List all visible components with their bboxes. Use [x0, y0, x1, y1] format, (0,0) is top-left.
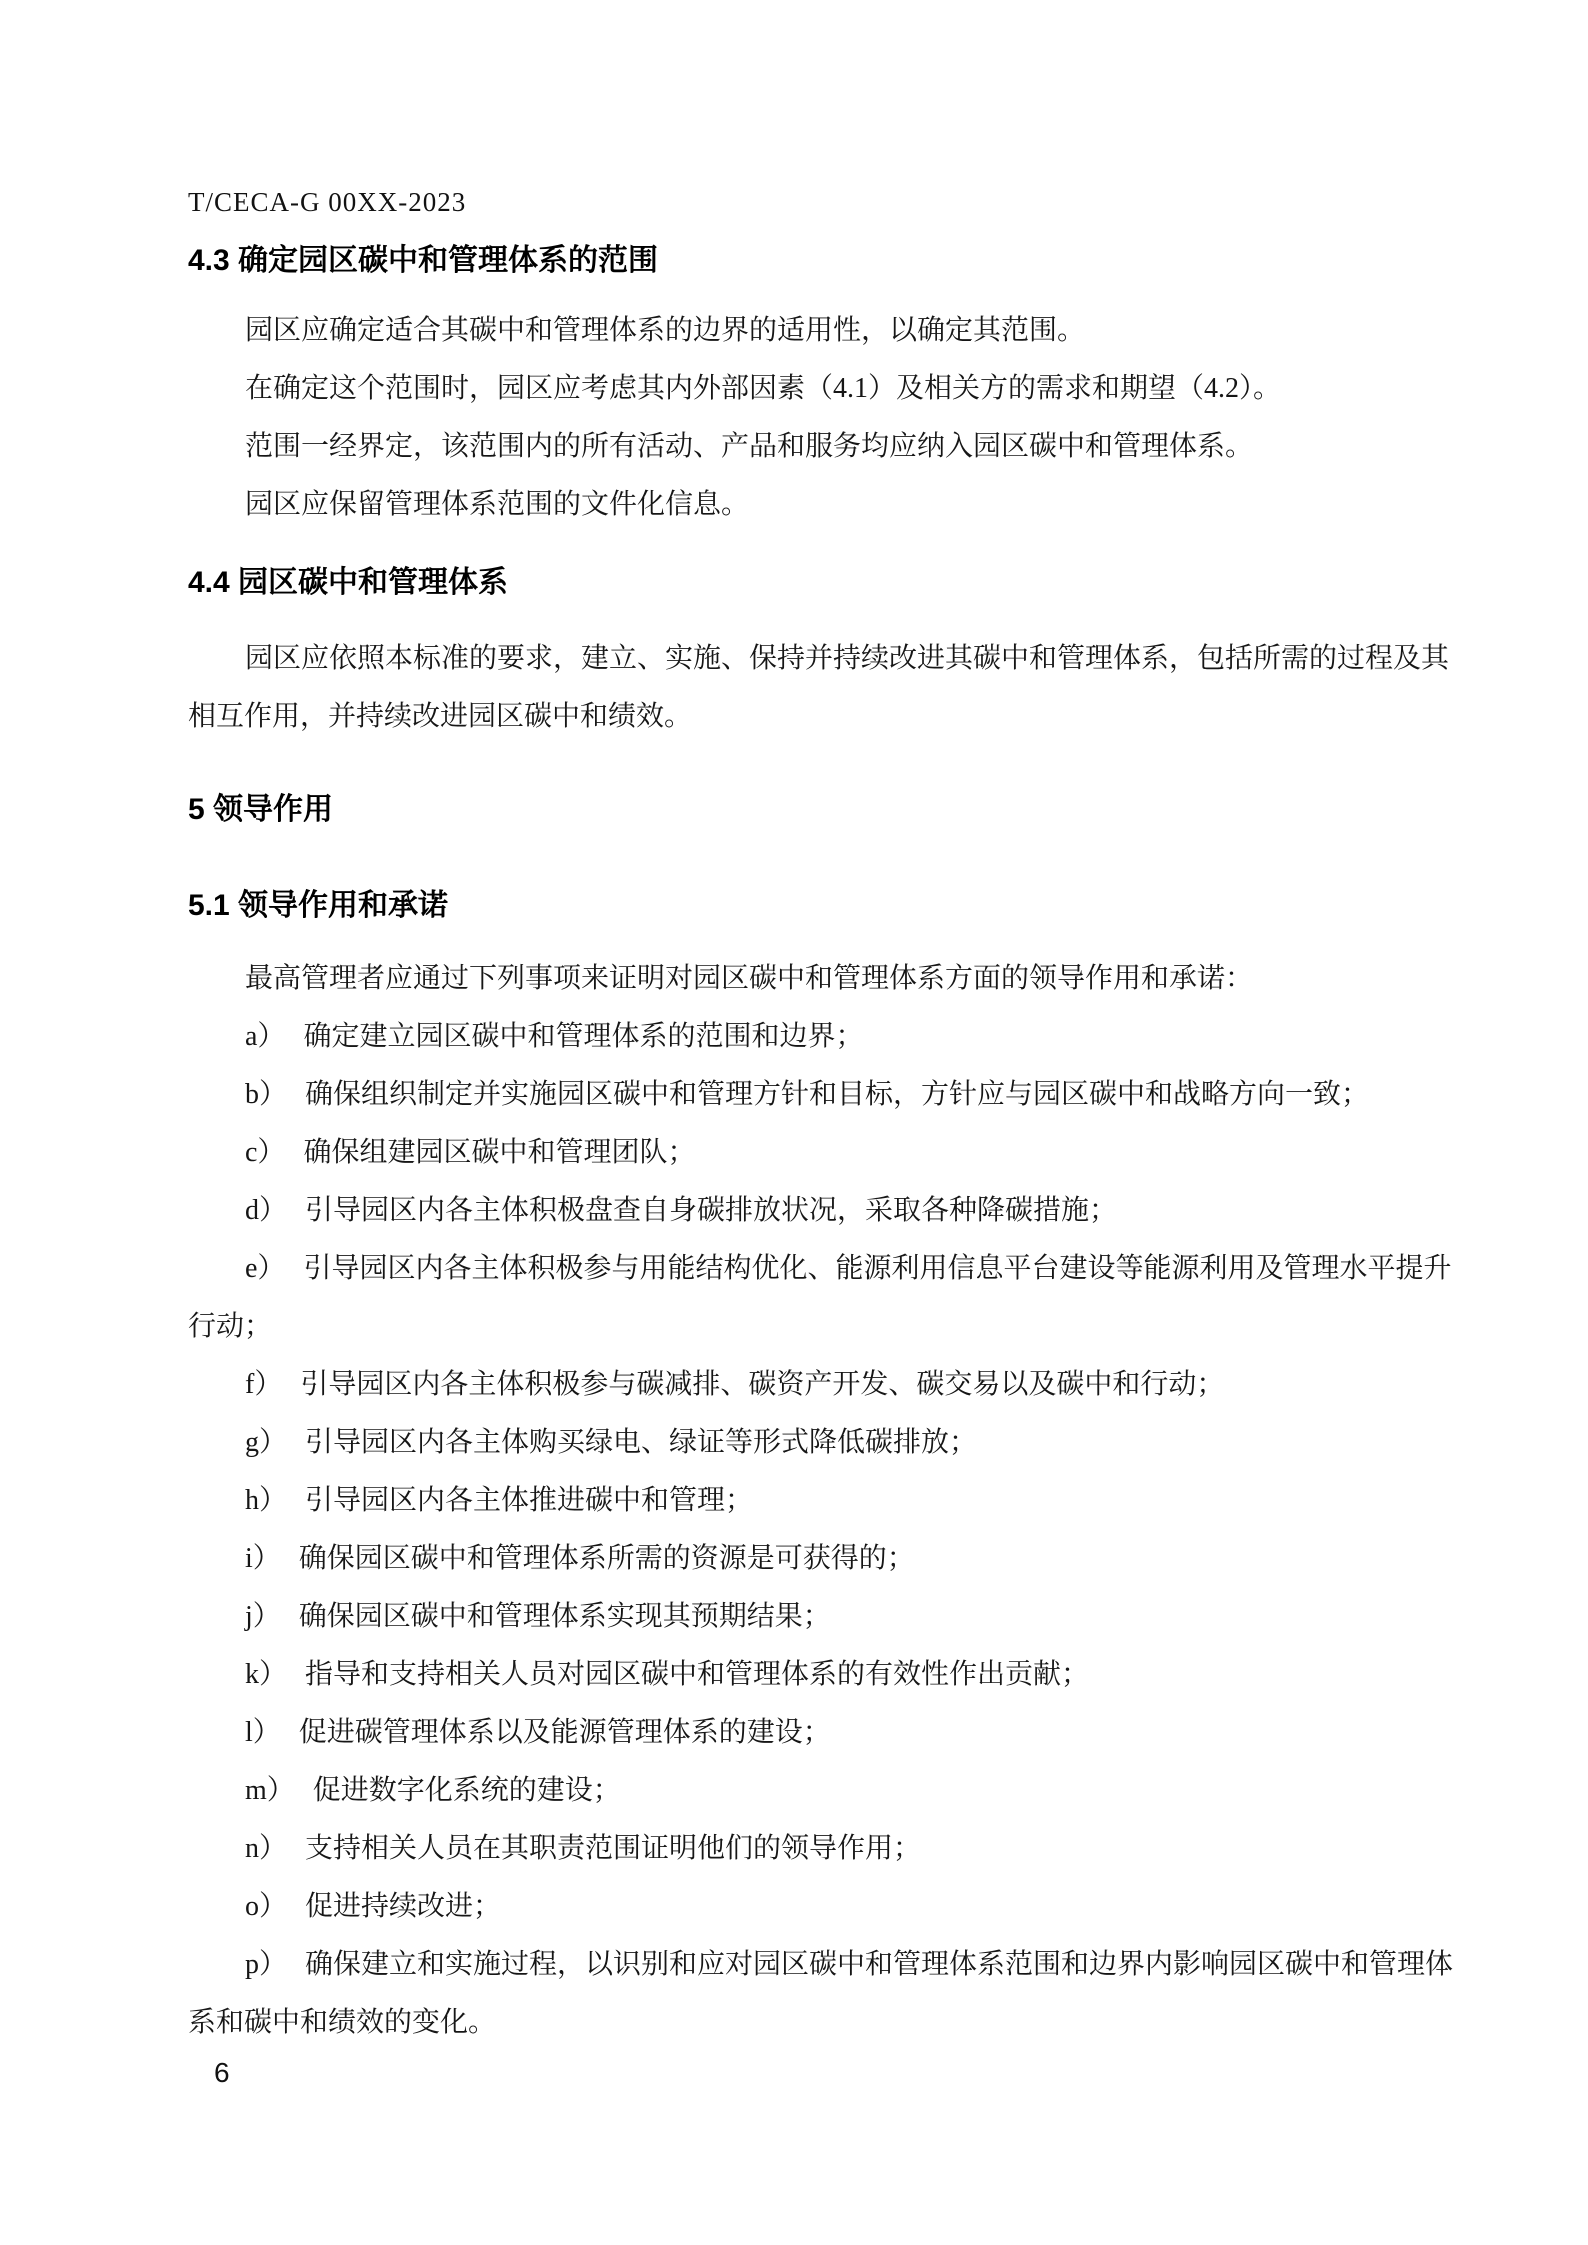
item-label: o） [245, 1891, 287, 1922]
item-label: p） [245, 1949, 287, 1980]
item-text: 确保园区碳中和管理体系实现其预期结果； [299, 1601, 831, 1632]
item-text: 引导园区内各主体积极盘查自身碳排放状况，采取各种降碳措施； [305, 1195, 1117, 1226]
item-text: 引导园区内各主体购买绿电、绿证等形式降低碳排放； [305, 1427, 977, 1458]
item-label: i） [245, 1543, 281, 1574]
section-4-3-heading: 4.3 确定园区碳中和管理体系的范围 [188, 244, 1460, 278]
doc-code: T/CECA-G 00XX-2023 [188, 186, 1460, 218]
item-label: j） [245, 1601, 281, 1632]
list-item: k）指导和支持相关人员对园区碳中和管理体系的有效性作出贡献； [188, 1646, 1460, 1704]
list-item: b）确保组织制定并实施园区碳中和管理方针和目标，方针应与园区碳中和战略方向一致； [188, 1066, 1460, 1124]
section-5-1-body: 最高管理者应通过下列事项来证明对园区碳中和管理体系方面的领导作用和承诺： a）确… [188, 950, 1460, 2052]
paragraph: 园区应依照本标准的要求，建立、实施、保持并持续改进其碳中和管理体系，包括所需的过… [188, 630, 1460, 746]
item-label: d） [245, 1195, 287, 1226]
item-label: m） [245, 1775, 295, 1806]
item-text: 确保园区碳中和管理体系所需的资源是可获得的； [299, 1543, 915, 1574]
paragraph: 园区应确定适合其碳中和管理体系的边界的适用性，以确定其范围。 [188, 302, 1460, 360]
list-intro: 最高管理者应通过下列事项来证明对园区碳中和管理体系方面的领导作用和承诺： [188, 950, 1460, 1008]
item-text: 确定建立园区碳中和管理体系的范围和边界； [303, 1021, 863, 1052]
item-label: k） [245, 1659, 287, 1690]
list-item: l）促进碳管理体系以及能源管理体系的建设； [188, 1704, 1460, 1762]
list-item: f）引导园区内各主体积极参与碳减排、碳资产开发、碳交易以及碳中和行动； [188, 1356, 1460, 1414]
list-item: h）引导园区内各主体推进碳中和管理； [188, 1472, 1460, 1530]
item-text: 引导园区内各主体积极参与用能结构优化、能源利用信息平台建设等能源利用及管理水平提… [188, 1253, 1451, 1342]
item-text: 引导园区内各主体积极参与碳减排、碳资产开发、碳交易以及碳中和行动； [300, 1369, 1224, 1400]
item-label: n） [245, 1833, 287, 1864]
list-item: n）支持相关人员在其职责范围证明他们的领导作用； [188, 1820, 1460, 1878]
item-label: a） [245, 1021, 285, 1052]
item-label: e） [245, 1253, 285, 1284]
list-item: a）确定建立园区碳中和管理体系的范围和边界； [188, 1008, 1460, 1066]
item-text: 确保组建园区碳中和管理团队； [303, 1137, 695, 1168]
section-4-3-body: 园区应确定适合其碳中和管理体系的边界的适用性，以确定其范围。 在确定这个范围时，… [188, 302, 1460, 534]
list-item: p）确保建立和实施过程，以识别和应对园区碳中和管理体系范围和边界内影响园区碳中和… [188, 1936, 1460, 2052]
item-text: 确保组织制定并实施园区碳中和管理方针和目标，方针应与园区碳中和战略方向一致； [305, 1079, 1369, 1110]
item-text: 指导和支持相关人员对园区碳中和管理体系的有效性作出贡献； [305, 1659, 1089, 1690]
list-item: c）确保组建园区碳中和管理团队； [188, 1124, 1460, 1182]
section-4-4-heading: 4.4 园区碳中和管理体系 [188, 566, 1460, 600]
list-item: o）促进持续改进； [188, 1878, 1460, 1936]
item-text: 促进碳管理体系以及能源管理体系的建设； [299, 1717, 831, 1748]
paragraph: 范围一经界定，该范围内的所有活动、产品和服务均应纳入园区碳中和管理体系。 [188, 418, 1460, 476]
item-text: 确保建立和实施过程，以识别和应对园区碳中和管理体系范围和边界内影响园区碳中和管理… [188, 1949, 1453, 2038]
list-item: e）引导园区内各主体积极参与用能结构优化、能源利用信息平台建设等能源利用及管理水… [188, 1240, 1460, 1356]
list-item: i）确保园区碳中和管理体系所需的资源是可获得的； [188, 1530, 1460, 1588]
item-label: c） [245, 1137, 285, 1168]
document-page: T/CECA-G 00XX-2023 4.3 确定园区碳中和管理体系的范围 园区… [0, 0, 1588, 2245]
item-text: 引导园区内各主体推进碳中和管理； [305, 1485, 753, 1516]
item-text: 支持相关人员在其职责范围证明他们的领导作用； [305, 1833, 921, 1864]
item-label: g） [245, 1427, 287, 1458]
item-label: h） [245, 1485, 287, 1516]
item-text: 促进持续改进； [305, 1891, 501, 1922]
section-5-heading: 5 领导作用 [188, 793, 1460, 827]
item-text: 促进数字化系统的建设； [313, 1775, 621, 1806]
section-4-4-body: 园区应依照本标准的要求，建立、实施、保持并持续改进其碳中和管理体系，包括所需的过… [188, 630, 1460, 746]
paragraph: 在确定这个范围时，园区应考虑其内外部因素（4.1）及相关方的需求和期望（4.2）… [188, 360, 1460, 418]
item-label: f） [245, 1369, 282, 1400]
list-item: j）确保园区碳中和管理体系实现其预期结果； [188, 1588, 1460, 1646]
list-item: d）引导园区内各主体积极盘查自身碳排放状况，采取各种降碳措施； [188, 1182, 1460, 1240]
list-item: g）引导园区内各主体购买绿电、绿证等形式降低碳排放； [188, 1414, 1460, 1472]
paragraph: 园区应保留管理体系范围的文件化信息。 [188, 476, 1460, 534]
section-5-1-heading: 5.1 领导作用和承诺 [188, 889, 1460, 923]
list-item: m）促进数字化系统的建设； [188, 1762, 1460, 1820]
item-label: b） [245, 1079, 287, 1110]
page-number: 6 [214, 2056, 1460, 2090]
item-label: l） [245, 1717, 281, 1748]
